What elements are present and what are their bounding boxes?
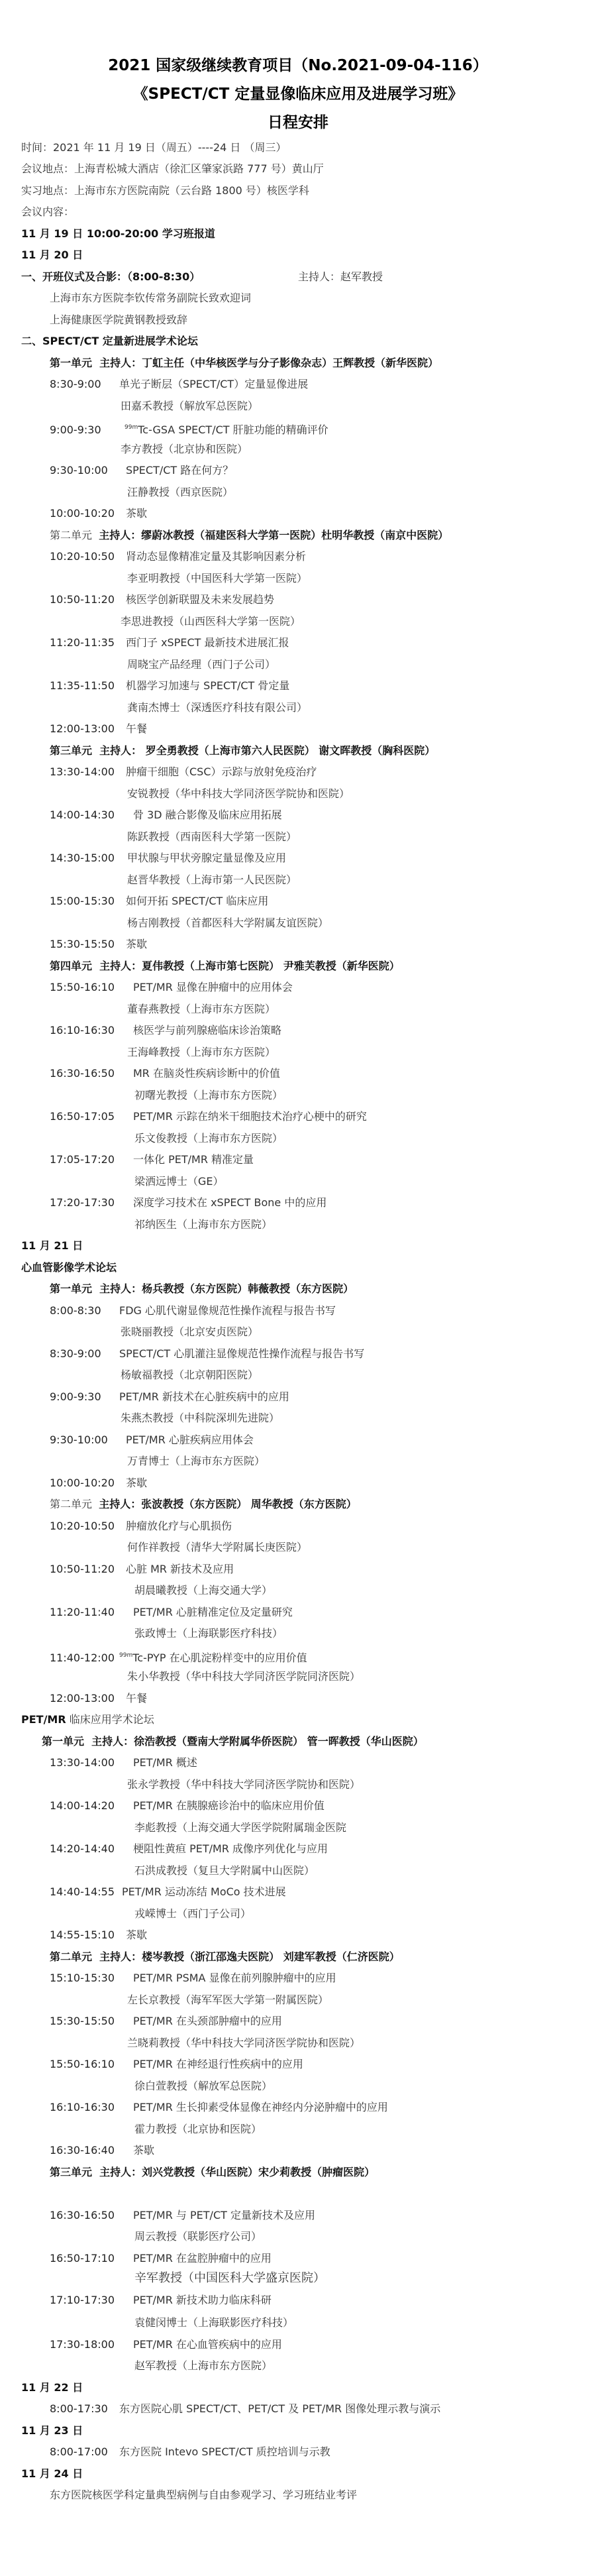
talk-row: 15:00-15:30如何开拓 SPECT/CT 临床应用 <box>50 894 268 909</box>
talk-row: 15:30-15:50PET/MR 在头颈部肿瘤中的应用 <box>50 2014 282 2029</box>
day-23-item: 8:00-17:00东方医院 Intevo SPECT/CT 质控培训与示教 <box>50 2445 330 2459</box>
info-venue: 会议地点：上海青松城大酒店（徐汇区肇家浜路 777 号）黄山厅 <box>21 162 324 176</box>
break-row: 16:30-16:40茶歇 <box>50 2143 154 2158</box>
unit-header: 第二单元 主持人：楼岑教授（浙江邵逸夫医院） 刘建军教授（仁济医院） <box>50 1950 400 1964</box>
talk-speaker: 梁洒远博士（GE） <box>134 1174 224 1189</box>
talk-row: 14:40-14:55PET/MR 运动冻结 MoCo 技术进展 <box>50 1885 286 1899</box>
day-24-item: 东方医院核医学科定量典型病例与自由参观学习、学习班结业考评 <box>50 2488 357 2502</box>
course-title: 《SPECT/CT 定量显像临床应用及进展学习班》 <box>0 84 596 104</box>
unit-header: 第三单元 主持人：刘兴党教授（华山医院）宋少莉教授（肿瘤医院） <box>50 2165 375 2180</box>
talk-row: 8:00-8:30FDG 心肌代谢显像规范性操作流程与报告书写 <box>50 1304 336 1318</box>
talk-speaker: 张晓丽教授（北京安贞医院） <box>121 1325 258 1339</box>
talk-speaker: 杨吉刚教授（首都医科大学附属友谊医院） <box>127 916 328 930</box>
talk-row: 9:30-10:00PET/MR 心脏疾病应用体会 <box>50 1433 254 1447</box>
info-time: 时间：2021 年 11 月 19 日（周五）----24 日 （周三） <box>21 140 287 155</box>
talk-speaker: 袁健闵博士（上海联影医疗科技） <box>134 2316 293 2330</box>
talk-row: 8:30-9:00SPECT/CT 心肌灌注显像规范性操作流程与报告书写 <box>50 1347 364 1361</box>
talk-row: 14:20-14:40梗阻性黄疸 PET/MR 成像序列优化与应用 <box>50 1842 328 1856</box>
talk-speaker: 初曙光教授（上海市东方医院） <box>134 1088 283 1103</box>
talk-row: 9:00-9:3099mTc-GSA SPECT/CT 肝脏功能的精确评价 <box>50 420 328 437</box>
talk-row: 11:20-11:40PET/MR 心脏精准定位及定量研究 <box>50 1605 293 1620</box>
unit-header: 第三单元 主持人： 罗全勇教授（上海市第六人民医院） 谢文晖教授（胸科医院） <box>50 744 435 758</box>
talk-row: 16:50-17:10PET/MR 在盆腔肿瘤中的应用 <box>50 2251 272 2266</box>
talk-row: 16:10-16:30PET/MR 生长抑素受体显像在神经内分泌肿瘤中的应用 <box>50 2100 388 2115</box>
talk-speaker: 汪静教授（西京医院） <box>127 485 233 500</box>
talk-row: 16:30-16:50PET/MR 与 PET/CT 定量新技术及应用 <box>50 2208 315 2223</box>
talk-row: 14:00-14:30骨 3D 融合影像及临床应用拓展 <box>50 808 282 822</box>
talk-speaker: 龚南杰博士（深透医疗科技有限公司） <box>127 700 307 715</box>
talk-row: 10:20-10:50肾动态显像精准定量及其影响因素分析 <box>50 549 306 564</box>
unit-header: 第二单元 主持人：张波教授（东方医院） 周华教授（东方医院） <box>50 1497 357 1512</box>
talk-row: 17:20-17:30深度学习技术在 xSPECT Bone 中的应用 <box>50 1196 326 1210</box>
day-20-heading: 11 月 20 日 <box>21 248 83 262</box>
day-21-heading: 11 月 21 日 <box>21 1239 83 1253</box>
talk-row: 16:50-17:05PET/MR 示踪在纳米干细胞技术治疗心梗中的研究 <box>50 1109 367 1124</box>
talk-speaker: 兰晓莉教授（华中科技大学同济医学院协和医院） <box>127 2036 360 2050</box>
opening-item: 上海市东方医院李钦传常务副院长致欢迎词 <box>50 291 251 306</box>
talk-speaker: 王海峰教授（上海市东方医院） <box>127 1045 275 1060</box>
talk-row: 15:50-16:10PET/MR 显像在肿瘤中的应用体会 <box>50 980 293 995</box>
talk-row: 11:40-12:0099mTc-PYP 在心肌淀粉样变中的应用价值 <box>50 1648 307 1665</box>
talk-row: 11:35-11:50机器学习加速与 SPECT/CT 骨定量 <box>50 679 289 693</box>
talk-speaker: 赵晋华教授（上海市第一人民医院） <box>127 873 297 887</box>
talk-speaker: 周晓宝产品经理（西门子公司） <box>127 657 275 672</box>
spect-forum-title: 二、SPECT/CT 定量新进展学术论坛 <box>21 334 198 349</box>
talk-speaker: 赵军教授（上海市东方医院） <box>134 2359 272 2373</box>
day-24-heading: 11 月 24 日 <box>21 2467 83 2481</box>
talk-row: 9:00-9:30PET/MR 新技术在心脏疾病中的应用 <box>50 1390 289 1404</box>
cardio-forum-title: 心血管影像学术论坛 <box>21 1260 117 1275</box>
unit-header: 第一单元 主持人：丁虹主任（中华核医学与分子影像杂志）王辉教授（新华医院） <box>50 356 438 370</box>
talk-row: 16:30-16:50MR 在脑炎性疾病诊断中的价值 <box>50 1066 280 1081</box>
break-row: 14:55-15:10茶歇 <box>50 1928 147 1942</box>
talk-speaker: 张永学教授（华中科技大学同济医学院协和医院） <box>127 1777 360 1792</box>
talk-speaker: 祁纳医生（上海市东方医院） <box>134 1217 272 1232</box>
unit-header: 第二单元 主持人：缪蔚冰教授（福建医科大学第一医院）杜明华教授（南京中医院） <box>50 528 448 543</box>
talk-speaker: 何作祥教授（清华大学附属长庚医院） <box>127 1540 307 1555</box>
talk-speaker: 万青博士（上海市东方医院） <box>127 1454 265 1469</box>
talk-speaker: 左长京教授（海军军医大学第一附属医院） <box>127 1993 328 2007</box>
petmr-forum-title: PET/MR 临床应用学术论坛 <box>21 1712 154 1727</box>
break-row: 12:00-13:00午餐 <box>50 1691 147 1706</box>
talk-speaker: 张政博士（上海联影医疗科技） <box>134 1626 283 1641</box>
day-22-heading: 11 月 22 日 <box>21 2380 83 2395</box>
talk-speaker: 乐文俊教授（上海市东方医院） <box>134 1131 283 1146</box>
talk-speaker: 田嘉禾教授（解放军总医院） <box>121 399 258 414</box>
talk-row: 14:00-14:20PET/MR 在胰腺癌诊治中的临床应用价值 <box>50 1799 324 1813</box>
unit-header: 第一单元 主持人：杨兵教授（东方医院）韩薇教授（东方医院） <box>50 1282 354 1296</box>
opening-host: 主持人：赵军教授 <box>298 270 383 284</box>
talk-speaker: 周云教授（联影医疗公司） <box>134 2229 262 2244</box>
talk-row: 9:30-10:00SPECT/CT 路在何方？ <box>50 463 233 478</box>
talk-speaker: 胡晨曦教授（上海交通大学） <box>134 1583 272 1598</box>
opening-ceremony-title: 一、开班仪式及合影：（8:00-8:30） <box>21 270 200 284</box>
talk-speaker: 杨敏福教授（北京朝阳医院） <box>121 1368 258 1382</box>
talk-speaker: 陈跃教授（西南医科大学第一医院） <box>127 830 297 844</box>
day-23-heading: 11 月 23 日 <box>21 2424 83 2438</box>
talk-row: 13:30-14:00肿瘤干细胞（CSC）示踪与放射免疫治疗 <box>50 765 317 779</box>
talk-speaker: 戎嵘博士（西门子公司） <box>134 1907 251 1921</box>
unit-header: 第一单元 主持人：徐浩教授（暨南大学附属华侨医院） 管一晖教授（华山医院） <box>42 1734 424 1749</box>
talk-row: 10:50-11:20核医学创新联盟及未来发展趋势 <box>50 592 274 607</box>
talk-speaker: 石洪成教授（复旦大学附属中山医院） <box>134 1864 315 1878</box>
talk-speaker: 李思进教授（山西医科大学第一医院） <box>121 614 301 629</box>
talk-row: 11:20-11:35西门子 xSPECT 最新技术进展汇报 <box>50 636 289 650</box>
talk-speaker: 徐白萱教授（解放军总医院） <box>134 2079 272 2094</box>
talk-row: 10:20-10:50肿瘤放化疗与心肌损伤 <box>50 1519 232 1534</box>
info-practice: 实习地点：上海市东方医院南院（云台路 1800 号）核医学科 <box>21 184 309 198</box>
talk-speaker: 朱燕杰教授（中科院深圳先进院） <box>121 1411 279 1426</box>
talk-speaker: 辛军教授（中国医科大学盛京医院） <box>134 2271 325 2286</box>
talk-row: 16:10-16:30核医学与前列腺癌临床诊治策略 <box>50 1023 281 1038</box>
talk-row: 17:10-17:30PET/MR 新技术助力临床科研 <box>50 2293 272 2308</box>
day-19-heading: 11 月 19 日 10:00-20:00 学习班报道 <box>21 227 215 241</box>
talk-speaker: 李彪教授（上海交通大学医学院附属瑞金医院 <box>134 1820 346 1835</box>
talk-row: 8:30-9:00单光子断层（SPECT/CT）定量显像进展 <box>50 377 308 392</box>
unit-header: 第四单元 主持人：夏伟教授（上海市第七医院） 尹雅芙教授（新华医院） <box>50 959 400 974</box>
talk-row: 15:50-16:10PET/MR 在神经退行性疾病中的应用 <box>50 2057 303 2072</box>
talk-row: 17:30-18:00PET/MR 在心血管疾病中的应用 <box>50 2337 282 2352</box>
talk-row: 10:50-11:20心脏 MR 新技术及应用 <box>50 1562 234 1577</box>
break-row: 12:00-13:00午餐 <box>50 722 147 736</box>
schedule-heading: 日程安排 <box>0 113 596 133</box>
talk-row: 14:30-15:00甲状腺与甲状旁腺定量显像及应用 <box>50 851 286 866</box>
talk-speaker: 李亚明教授（中国医科大学第一医院） <box>127 571 307 586</box>
break-row: 15:30-15:50茶歇 <box>50 937 147 952</box>
info-content-label: 会议内容： <box>21 205 74 219</box>
talk-row: 17:05-17:20一体化 PET/MR 精准定量 <box>50 1152 254 1167</box>
break-row: 10:00-10:20茶歇 <box>50 506 147 521</box>
talk-speaker: 霍力教授（北京协和医院） <box>134 2122 262 2137</box>
talk-speaker: 李方教授（北京协和医院） <box>121 442 248 457</box>
talk-row: 13:30-14:00PET/MR 概述 <box>50 1756 197 1770</box>
talk-speaker: 安锐教授（华中科技大学同济医学院协和医院） <box>127 787 350 801</box>
opening-item: 上海健康医学院黄钢教授致辞 <box>50 313 187 327</box>
talk-speaker: 朱小华教授（华中科技大学同济医学院同济医院） <box>127 1669 360 1684</box>
talk-speaker: 董春燕教授（上海市东方医院） <box>127 1002 275 1017</box>
break-row: 10:00-10:20茶歇 <box>50 1476 147 1490</box>
day-22-item: 8:00-17:30东方医院心肌 SPECT/CT、PET/CT 及 PET/M… <box>50 2402 440 2416</box>
document-title: 2021 国家级继续教育项目（No.2021-09-04-116） <box>0 56 596 76</box>
talk-row: 15:10-15:30PET/MR PSMA 显像在前列腺肿瘤中的应用 <box>50 1971 336 1986</box>
